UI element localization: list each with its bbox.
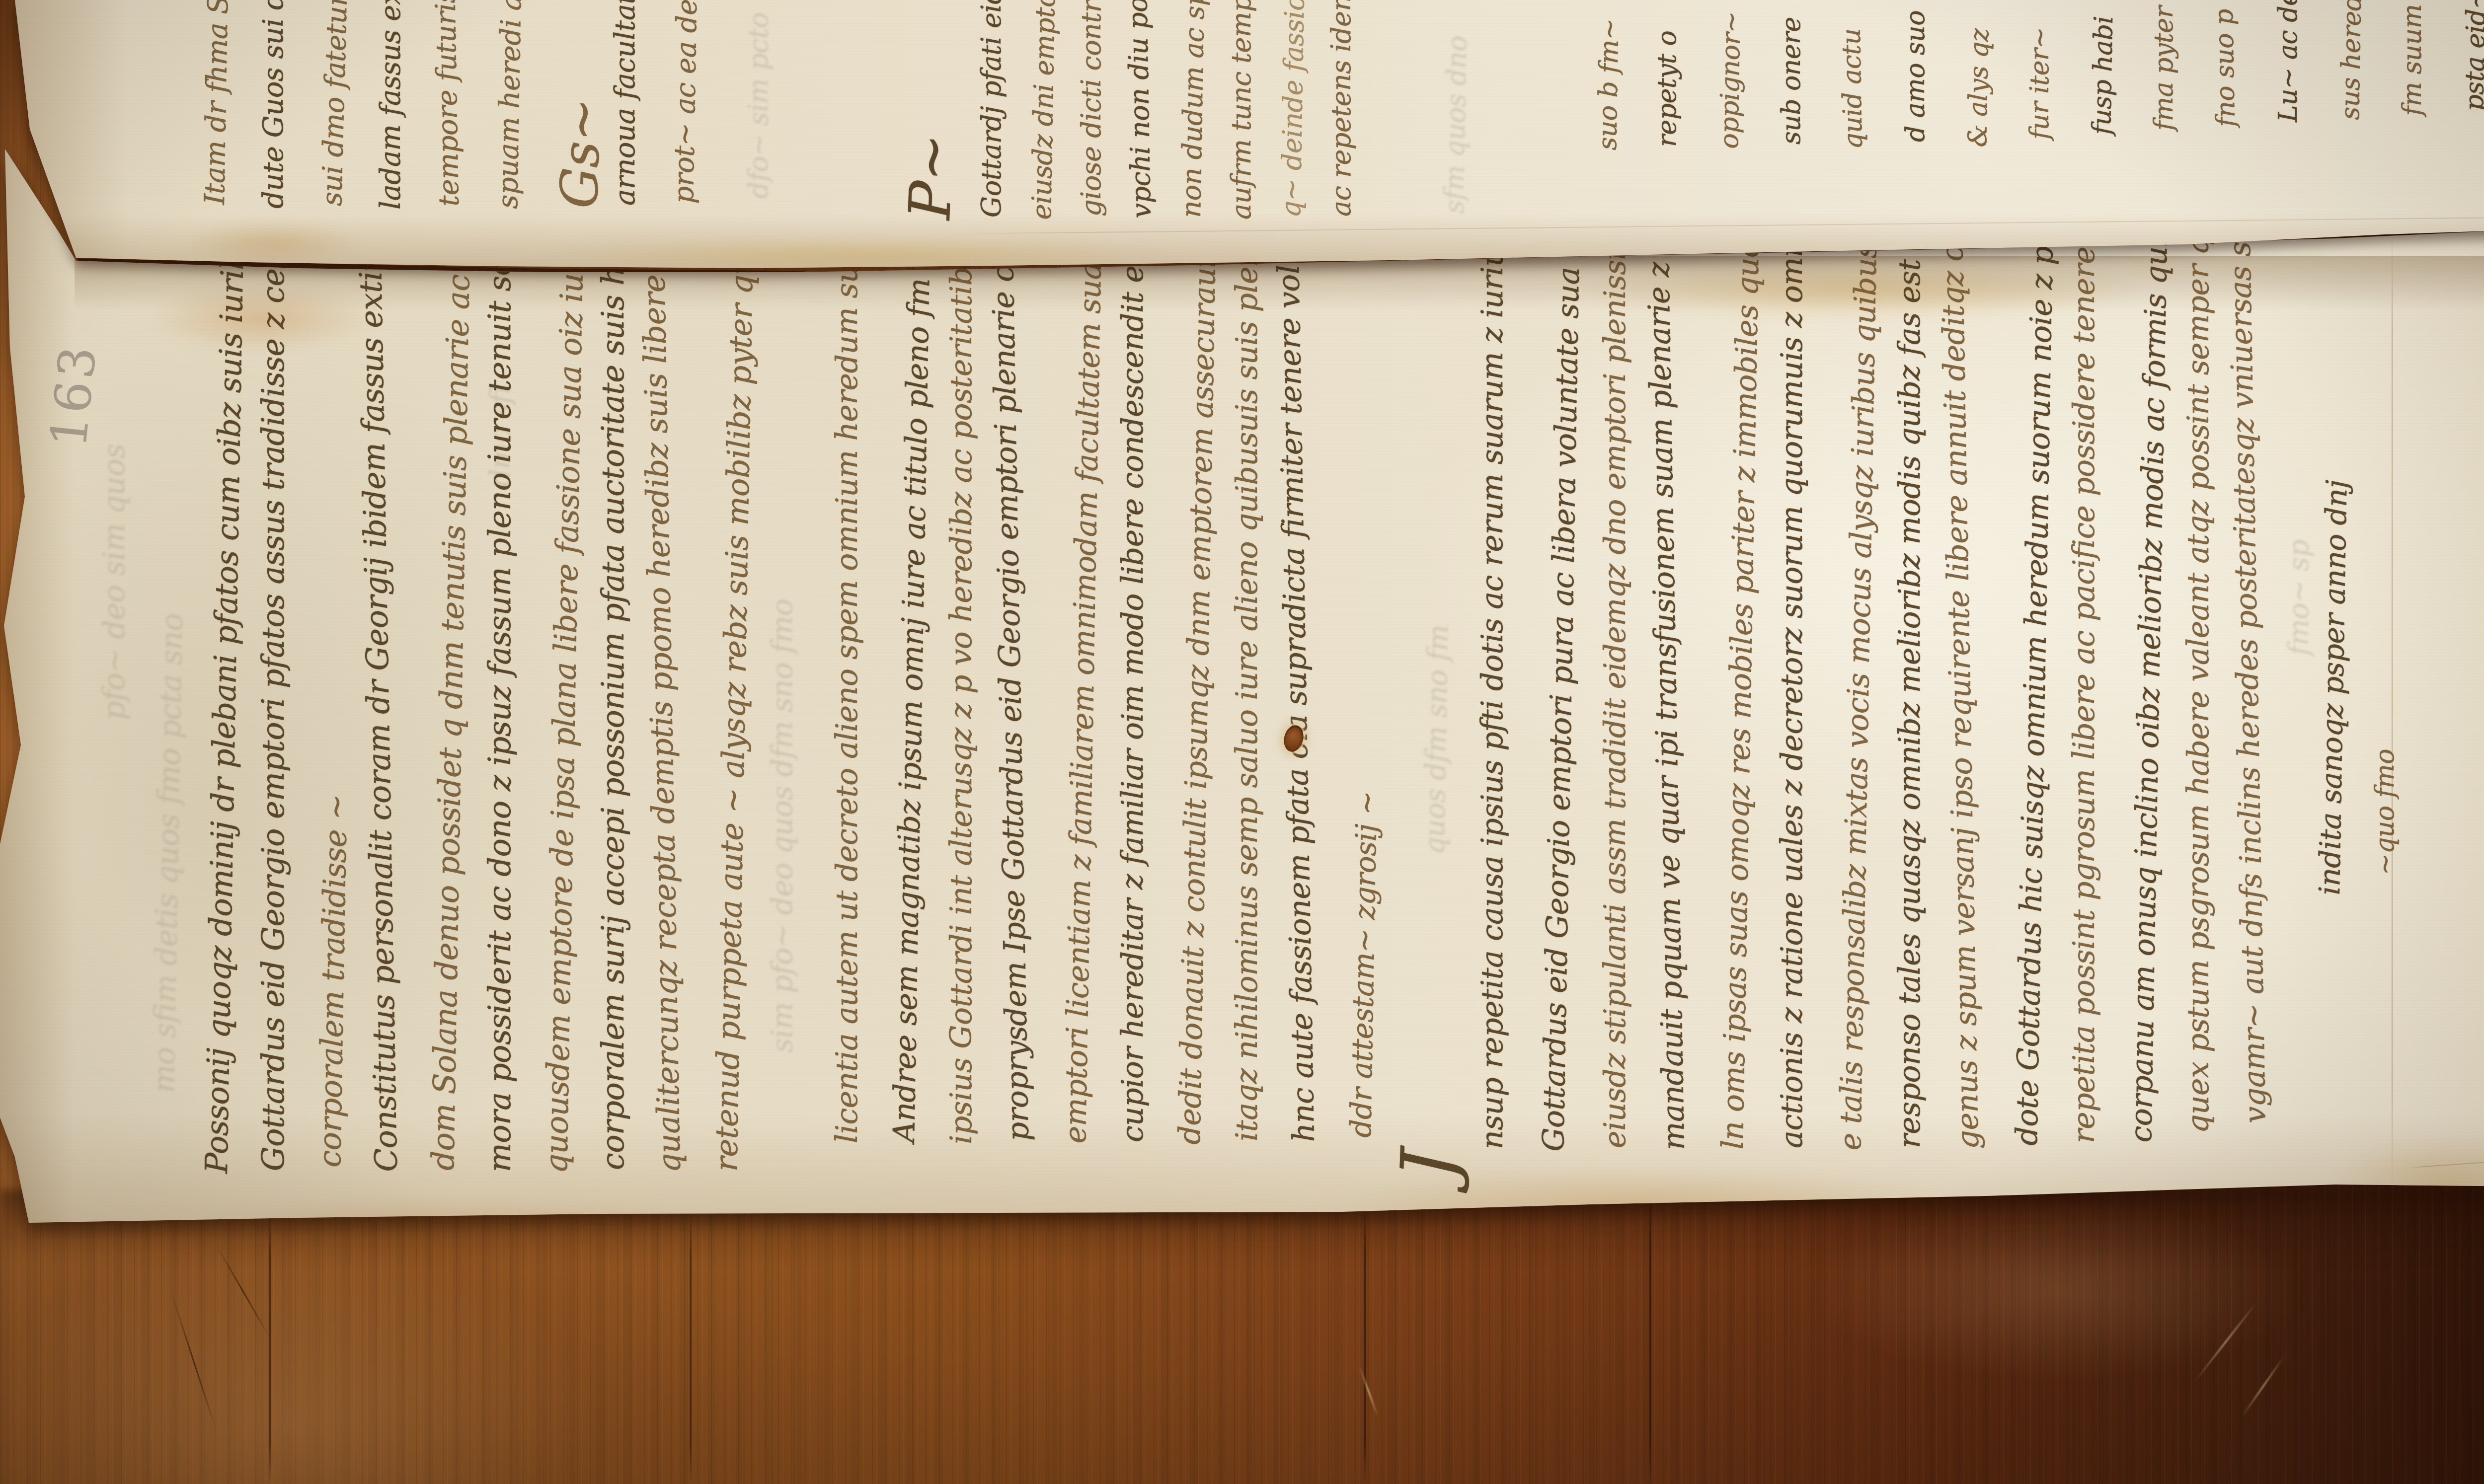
- manuscript-line: Gottardj pfati eid dn: [978, 0, 1005, 218]
- manuscript-line: ac repetens idem fm s: [1328, 0, 1355, 217]
- manuscript-line: non dudum ac spe futu: [1178, 0, 1210, 218]
- manuscript-line: eiusdz dni emptoris h: [1028, 0, 1060, 220]
- manuscript-line: aufrm tunc temporis i: [1228, 0, 1255, 220]
- paper-sheet-top-wrap: dfo~ sim pctosfm quos dno Itam dr fhma S…: [0, 0, 2484, 1484]
- manuscript-line: q~ deinde fassionem s: [1278, 0, 1310, 218]
- manuscript-line: oppignor~: [1716, 11, 1745, 149]
- manuscript-line: quid actu: [1839, 28, 1866, 149]
- manuscript-line: sub onere: [1779, 17, 1804, 145]
- manuscript-line: Itam dr fhma Somogi p: [201, 0, 234, 205]
- manuscript-line: ladam fassus extitiss: [377, 0, 405, 210]
- manuscript-line: psta eid~: [2462, 0, 2484, 111]
- manuscript-line: fur iter~: [2027, 27, 2053, 140]
- manuscript-line: & alys qz: [1965, 28, 1993, 148]
- manuscript-line: arnoua facultate dona: [612, 0, 639, 206]
- manuscript-line: suo b fm~: [1595, 18, 1623, 150]
- manuscript-line: prot~ ac ea de causa: [670, 0, 703, 204]
- manuscript-text-layer: Itam dr fhma Somogi pdute Guos sui dr am…: [0, 0, 2484, 1484]
- manuscript-line: Lu~ ac de: [2275, 0, 2301, 122]
- manuscript-line: P~: [902, 133, 962, 221]
- manuscript-line: sui dmo fatetur qz pl: [318, 0, 354, 206]
- manuscript-line: fno suo p: [2211, 9, 2239, 127]
- manuscript-line: fm suum l: [2400, 0, 2425, 116]
- manuscript-line: d amo suo: [1903, 10, 1929, 142]
- manuscript-line: repetyt o: [1654, 31, 1680, 147]
- manuscript-line: sus hered: [2337, 0, 2365, 120]
- manuscript-line: fusp habi: [2089, 16, 2117, 135]
- manuscript-line: fma pyter: [2151, 6, 2177, 131]
- manuscript-line: vpchi non diu post fu: [1123, 0, 1155, 219]
- manuscript-line: giose dicti contraxis: [1078, 0, 1105, 217]
- manuscript-line: spuam heredi ac poste: [494, 0, 528, 209]
- manuscript-line: tempore futuris semp: [430, 0, 464, 207]
- manuscript-line: Gs~: [553, 97, 609, 210]
- paper-sheet-top: dfo~ sim pctosfm quos dno Itam dr fhma S…: [0, 0, 2484, 1484]
- manuscript-line: dute Guos sui dr ampl: [260, 0, 288, 209]
- photo-of-manuscript-on-table: mo sfim detis quos fmo pcta snopfo~ deo …: [0, 0, 2484, 1484]
